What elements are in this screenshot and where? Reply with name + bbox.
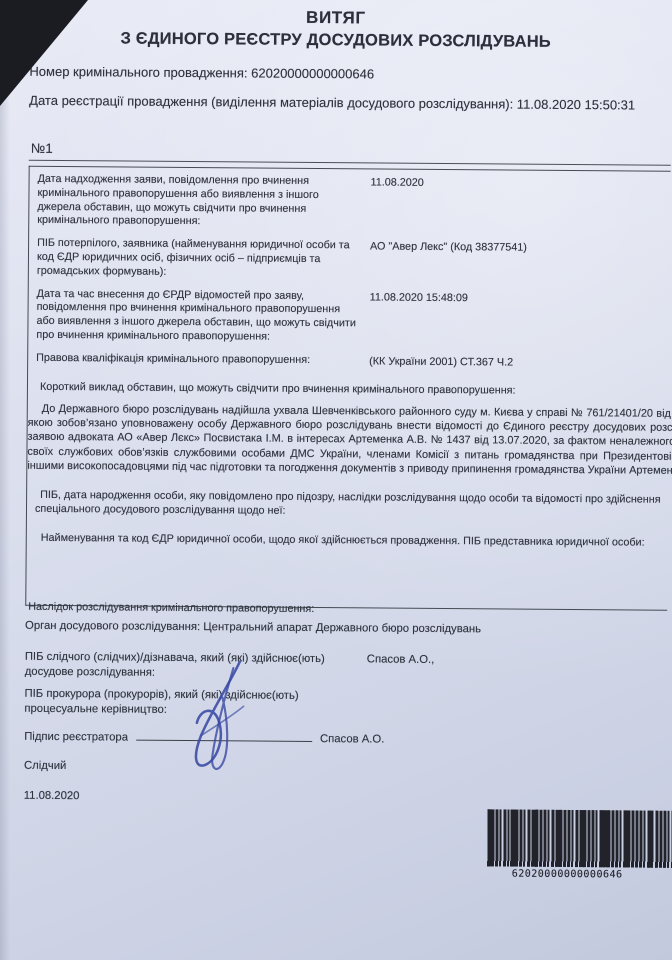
table-row: Дата надходження заяви, повідомлення про… <box>37 173 670 233</box>
row-value: (КК України 2001) СТ.367 Ч.2 <box>369 354 669 371</box>
photo-background: { "colors":{ "paper":"#dde1ef", "ink":"#… <box>0 0 672 960</box>
row-value: 11.08.2020 15:48:09 <box>369 290 669 348</box>
document-date: 11.08.2020 <box>24 790 80 802</box>
registrar-signature-label: Підпис реєстратора <box>24 731 128 744</box>
table-row: Дата та час внесення до ЄРДР відомостей … <box>36 287 669 347</box>
row-value: АО "Авер Лекс" (Код 38377541) <box>370 240 670 284</box>
document-content: ВИТЯГ З ЄДИНОГО РЕЄСТРУ ДОСУДОВИХ РОЗСЛІ… <box>0 0 672 960</box>
table-row: ПІБ потерпілого, заявника (найменування … <box>37 237 670 283</box>
record-divider-line <box>29 160 671 166</box>
case-number-label: Номер кримінального провадження: <box>29 64 247 81</box>
registration-date-line: Дата реєстрації провадження (виділення м… <box>29 92 667 114</box>
row-label: Дата надходження заяви, повідомлення про… <box>37 173 361 231</box>
barcode-bars-icon <box>487 809 672 867</box>
document-title: ВИТЯГ <box>0 6 672 31</box>
row-value: 11.08.2020 <box>370 175 670 233</box>
row-label: Дата та час внесення до ЄРДР відомостей … <box>36 287 360 345</box>
role-label: Слідчий <box>24 760 66 772</box>
row-label: ПІБ потерпілого, заявника (найменування … <box>37 237 361 281</box>
barcode-number: 62020000000000646 <box>487 868 647 880</box>
authority-value: Центральний апарат Державного бюро розсл… <box>203 621 481 635</box>
case-number-line: Номер кримінального провадження: 6202000… <box>29 64 374 82</box>
summary-paragraph: До Державного бюро розслідувань надійшла… <box>27 401 672 479</box>
table-row: Правова кваліфікація кримінального право… <box>36 352 669 372</box>
paper-sheet: ВИТЯГ З ЄДИНОГО РЕЄСТРУ ДОСУДОВИХ РОЗСЛІ… <box>0 0 672 960</box>
investigator-value: Спасов А.О., <box>367 652 435 683</box>
registry-table: Дата надходження заяви, повідомлення про… <box>25 166 670 611</box>
legal-entity-heading: Найменування та код ЄДР юридичної особи,… <box>35 531 672 548</box>
handwritten-signature-icon <box>166 657 279 780</box>
authority-line: Орган досудового розслідування: Централь… <box>25 620 481 636</box>
registry-subtitle: З ЄДИНОГО РЕЄСТРУ ДОСУДОВИХ РОЗСЛІДУВАНЬ <box>0 29 672 53</box>
suspect-heading: ПІБ, дата народження особи, яку повідомл… <box>35 487 672 520</box>
record-number: №1 <box>31 141 53 156</box>
authority-label: Орган досудового розслідування: <box>25 620 200 633</box>
barcode: 62020000000000646 <box>487 809 672 880</box>
row-label: Правова кваліфікація кримінального право… <box>36 352 360 369</box>
case-number-value: 62020000000000646 <box>251 66 374 82</box>
outcome-label: Наслідок розслідування кримінального пра… <box>28 600 328 616</box>
summary-heading: Короткий виклад обставин, що можуть свід… <box>36 380 669 397</box>
registrar-name: Спасов А.О. <box>320 733 384 746</box>
